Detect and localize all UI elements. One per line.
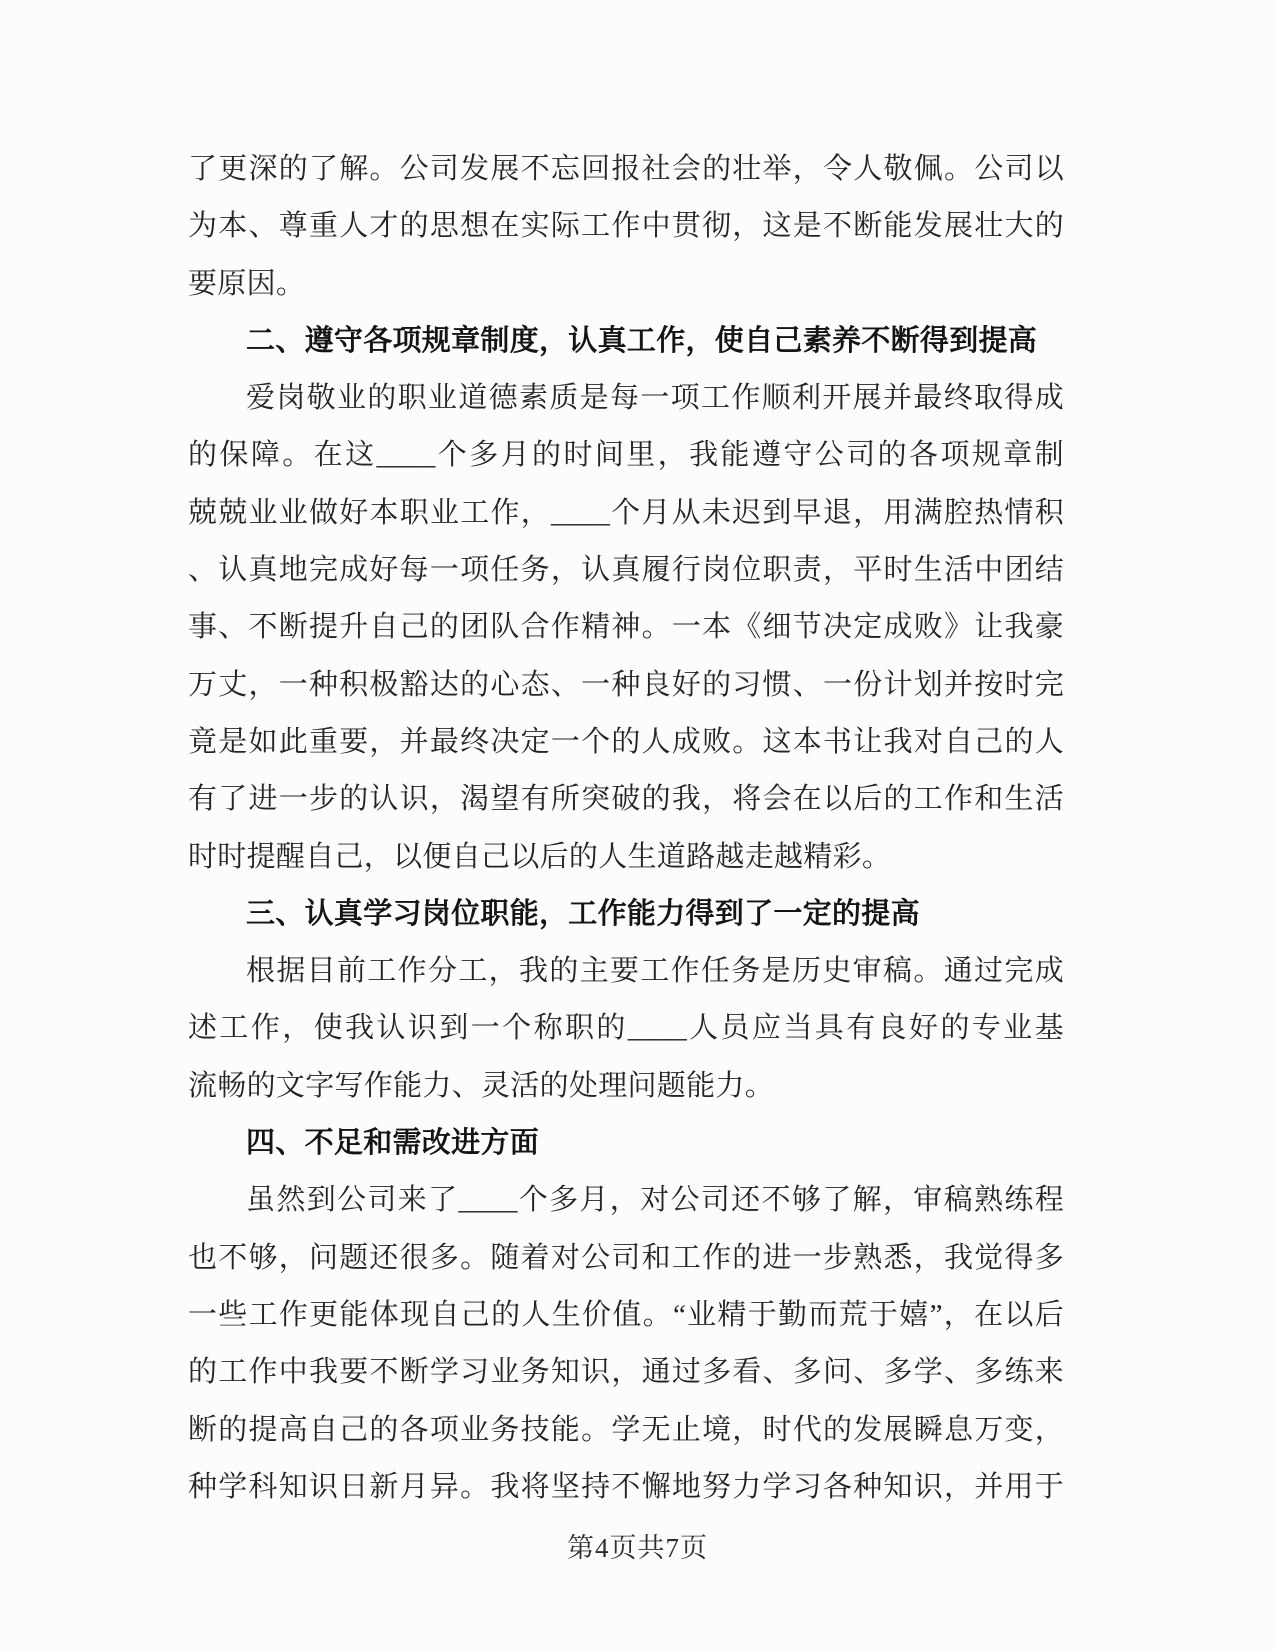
text-line: 流畅的文字写作能力、灵活的处理问题能力。 — [188, 1058, 1064, 1115]
text-line: 竟是如此重要，并最终决定一个的人成败。这本书让我对自己的人生 — [188, 714, 1064, 771]
text-line: 也不够，问题还很多。随着对公司和工作的进一步熟悉，我觉得多做 — [188, 1230, 1064, 1287]
text-line: 的工作中我要不断学习业务知识，通过多看、多问、多学、多练来不 — [188, 1344, 1064, 1401]
text-line: 兢兢业业做好本职业工作，____个月从未迟到早退，用满腔热情积极 — [188, 485, 1064, 542]
text-line: 万丈，一种积极豁达的心态、一种良好的习惯、一份计划并按时完成 — [188, 657, 1064, 714]
text-line: 、认真地完成好每一项任务，认真履行岗位职责，平时生活中团结同 — [188, 542, 1064, 599]
text-line: 述工作，使我认识到一个称职的____人员应当具有良好的专业基础、 — [188, 1000, 1064, 1057]
section-heading: 三、认真学习岗位职能，工作能力得到了一定的提高 — [188, 886, 1064, 943]
text-line: 断的提高自己的各项业务技能。学无止境，时代的发展瞬息万变，各 — [188, 1402, 1064, 1459]
text-line: 的保障。在这____个多月的时间里，我能遵守公司的各项规章制度， — [188, 427, 1064, 484]
page-footer: 第4页共7页 — [0, 1531, 1275, 1565]
text-line: 种学科知识日新月异。我将坚持不懈地努力学习各种知识，并用于指 — [188, 1459, 1064, 1516]
section-heading: 二、遵守各项规章制度，认真工作，使自己素养不断得到提高 — [188, 313, 1064, 370]
text-line: 有了进一步的认识，渴望有所突破的我，将会在以后的工作和生活中 — [188, 771, 1064, 828]
document-page: 了更深的了解。公司发展不忘回报社会的壮举，令人敬佩。公司以人为本、尊重人才的思想… — [0, 0, 1275, 1650]
text-line: 一些工作更能体现自己的人生价值。“业精于勤而荒于嬉”，在以后 — [188, 1287, 1064, 1344]
text-line: 事、不断提升自己的团队合作精神。一本《细节决定成败》让我豪情 — [188, 599, 1064, 656]
text-line: 要原因。 — [188, 256, 1064, 313]
text-line: 为本、尊重人才的思想在实际工作中贯彻，这是不断能发展壮大的重 — [188, 198, 1064, 255]
document-body: 了更深的了解。公司发展不忘回报社会的壮举，令人敬佩。公司以人为本、尊重人才的思想… — [188, 141, 1064, 1516]
text-line: 了更深的了解。公司发展不忘回报社会的壮举，令人敬佩。公司以人 — [188, 141, 1064, 198]
text-line: 根据目前工作分工，我的主要工作任务是历史审稿。通过完成上 — [188, 943, 1064, 1000]
text-line: 爱岗敬业的职业道德素质是每一项工作顺利开展并最终取得成功 — [188, 370, 1064, 427]
text-line: 虽然到公司来了____个多月，对公司还不够了解，审稿熟练程度 — [188, 1172, 1064, 1229]
section-heading: 四、不足和需改进方面 — [188, 1115, 1064, 1172]
text-line: 时时提醒自己，以便自己以后的人生道路越走越精彩。 — [188, 829, 1064, 886]
